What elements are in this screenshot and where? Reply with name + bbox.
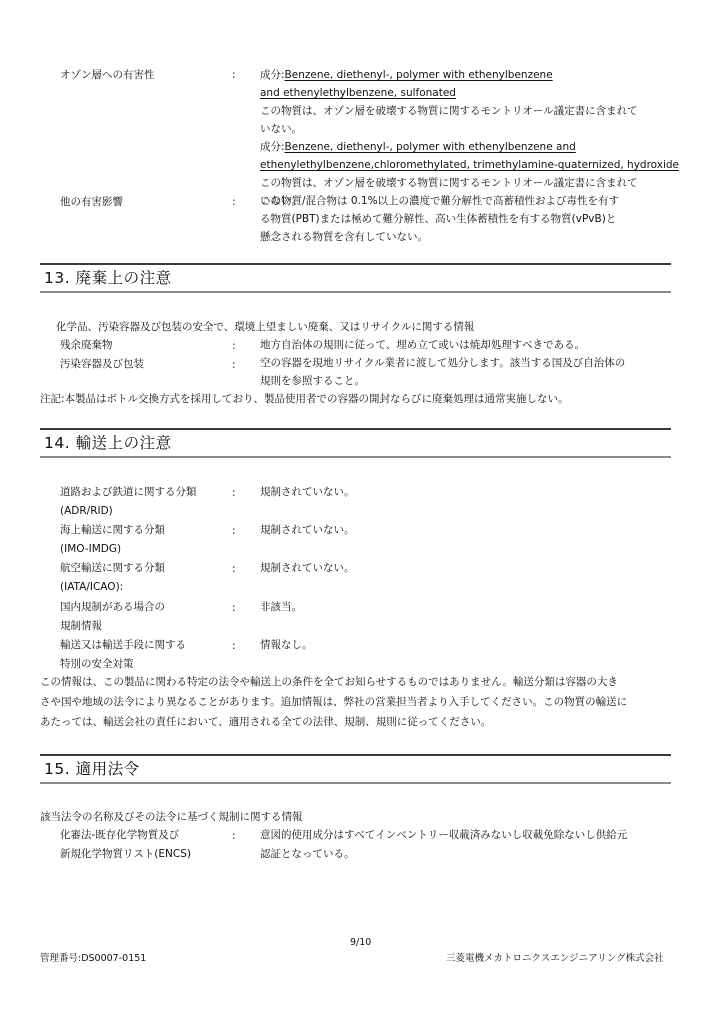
other-effects-line: 懸念される物質を含有していない。: [260, 228, 680, 246]
section-14-note: さや国や地域の法令により異なることがあります。追加情報は、弊社の営業担当者より入…: [40, 693, 627, 711]
section-14-note: あたっては、輸送会社の責任において、適用される全ての法律、規制、規則に従ってくだ…: [40, 713, 491, 731]
sea-transport-value: 規制されていない。: [260, 521, 680, 539]
substance-name: and ethenylethylbenzene, sulfonated: [260, 84, 680, 102]
other-effects-line: る物質(PBT)または極めて難分解性、高い生体蓄積性を有する物質(vPvB)と: [260, 210, 680, 228]
domestic-regulation-value: 非該当。: [260, 598, 680, 616]
domestic-regulation-label: 国内規制がある場合の: [60, 598, 165, 616]
other-effects-line: この物質/混合物は 0.1%以上の濃度で難分解性で高蓄積性および毒性を有す: [260, 192, 680, 210]
colon: :: [232, 337, 236, 355]
ozone-hazard-label: オゾン層への有害性: [60, 66, 155, 84]
substance-name: ethenylethylbenzene,chloromethylated, tr…: [260, 156, 680, 174]
air-transport-label: 航空輸送に関する分類: [60, 559, 165, 577]
road-rail-value: 規制されていない。: [260, 483, 680, 501]
encs-sublabel: 新規化学物質リスト(ENCS): [60, 845, 191, 863]
ozone-line: この物質は、オゾン層を破壊する物質に関するモントリオール議定書に含まれて: [260, 174, 680, 192]
other-effects-label: 他の有害影響: [60, 193, 123, 211]
company-name: 三菱電機メカトロニクスエンジニアリング株式会社: [446, 950, 664, 968]
road-rail-label: 道路および鉄道に関する分類: [60, 483, 197, 501]
residual-waste-value: 地方自治体の規則に従って、埋め立て或いは焼却処理すべきである。: [260, 336, 680, 354]
section-14-header: 14. 輸送上の注意: [40, 428, 671, 458]
encs-label: 化審法-既存化学物質及び: [60, 826, 179, 844]
colon: :: [232, 66, 236, 84]
colon: :: [232, 637, 236, 655]
colon: :: [232, 484, 236, 502]
page-number: 9/10: [350, 934, 371, 952]
substance-name: Benzene, diethenyl-, polymer with etheny…: [285, 141, 576, 153]
section-14-title: 14. 輸送上の注意: [44, 433, 172, 453]
section-13-header: 13. 廃棄上の注意: [40, 263, 671, 293]
contaminated-packaging-label: 汚染容器及び包装: [60, 355, 144, 373]
colon: :: [232, 356, 236, 374]
special-precautions-label: 輸送又は輸送手段に関する: [60, 636, 186, 654]
section-13-note: 注記:本製品はボトル交換方式を採用しており、製品使用者での容器の開封ならびに廃棄…: [40, 390, 569, 408]
ozone-line: いない。: [260, 120, 680, 138]
domestic-regulation-sublabel: 規制情報: [60, 617, 102, 635]
colon: :: [232, 560, 236, 578]
special-precautions-sublabel: 特別の安全対策: [60, 655, 134, 673]
section-15-header: 15. 適用法令: [40, 754, 671, 784]
special-precautions-value: 情報なし。: [260, 636, 680, 654]
section-13-title: 13. 廃棄上の注意: [44, 268, 172, 288]
ozone-line: 成分:Benzene, diethenyl-, polymer with eth…: [260, 138, 680, 156]
encs-value: 意図的使用成分はすべてインベントリー収載済みないし収載免除ないし供給元: [260, 826, 680, 844]
ozone-line: この物質は、オゾン層を破壊する物質に関するモントリオール議定書に含まれて: [260, 102, 680, 120]
contaminated-packaging-value: 規則を参照すること。: [260, 372, 680, 390]
air-transport-sublabel: (IATA/ICAO):: [60, 578, 123, 596]
substance-name: Benzene, diethenyl-, polymer with etheny…: [285, 69, 553, 81]
colon: :: [232, 827, 236, 845]
encs-value: 認証となっている。: [260, 845, 680, 863]
sea-transport-sublabel: (IMO-IMDG): [60, 540, 121, 558]
colon: :: [232, 522, 236, 540]
section-13-intro: 化学品、汚染容器及び包装の安全で、環境上望ましい廃棄、又はリサイクルに関する情報: [56, 318, 474, 336]
colon: :: [232, 599, 236, 617]
road-rail-sublabel: (ADR/RID): [60, 502, 113, 520]
section-15-title: 15. 適用法令: [44, 759, 140, 779]
section-15-intro: 該当法令の名称及びその法令に基づく規制に関する情報: [40, 808, 303, 826]
ozone-line: 成分:Benzene, diethenyl-, polymer with eth…: [260, 66, 680, 84]
sea-transport-label: 海上輸送に関する分類: [60, 521, 165, 539]
air-transport-value: 規制されていない。: [260, 559, 680, 577]
contaminated-packaging-value: 空の容器を現地リサイクル業者に渡して処分します。該当する国及び自治体の: [260, 354, 680, 372]
colon: :: [232, 193, 236, 211]
section-14-note: この情報は、この製品に関わる特定の法令や輸送上の条件を全てお知らせするものではあ…: [40, 673, 618, 691]
control-number: 管理番号:DS0007-0151: [40, 950, 146, 968]
residual-waste-label: 残余廃棄物: [60, 336, 113, 354]
